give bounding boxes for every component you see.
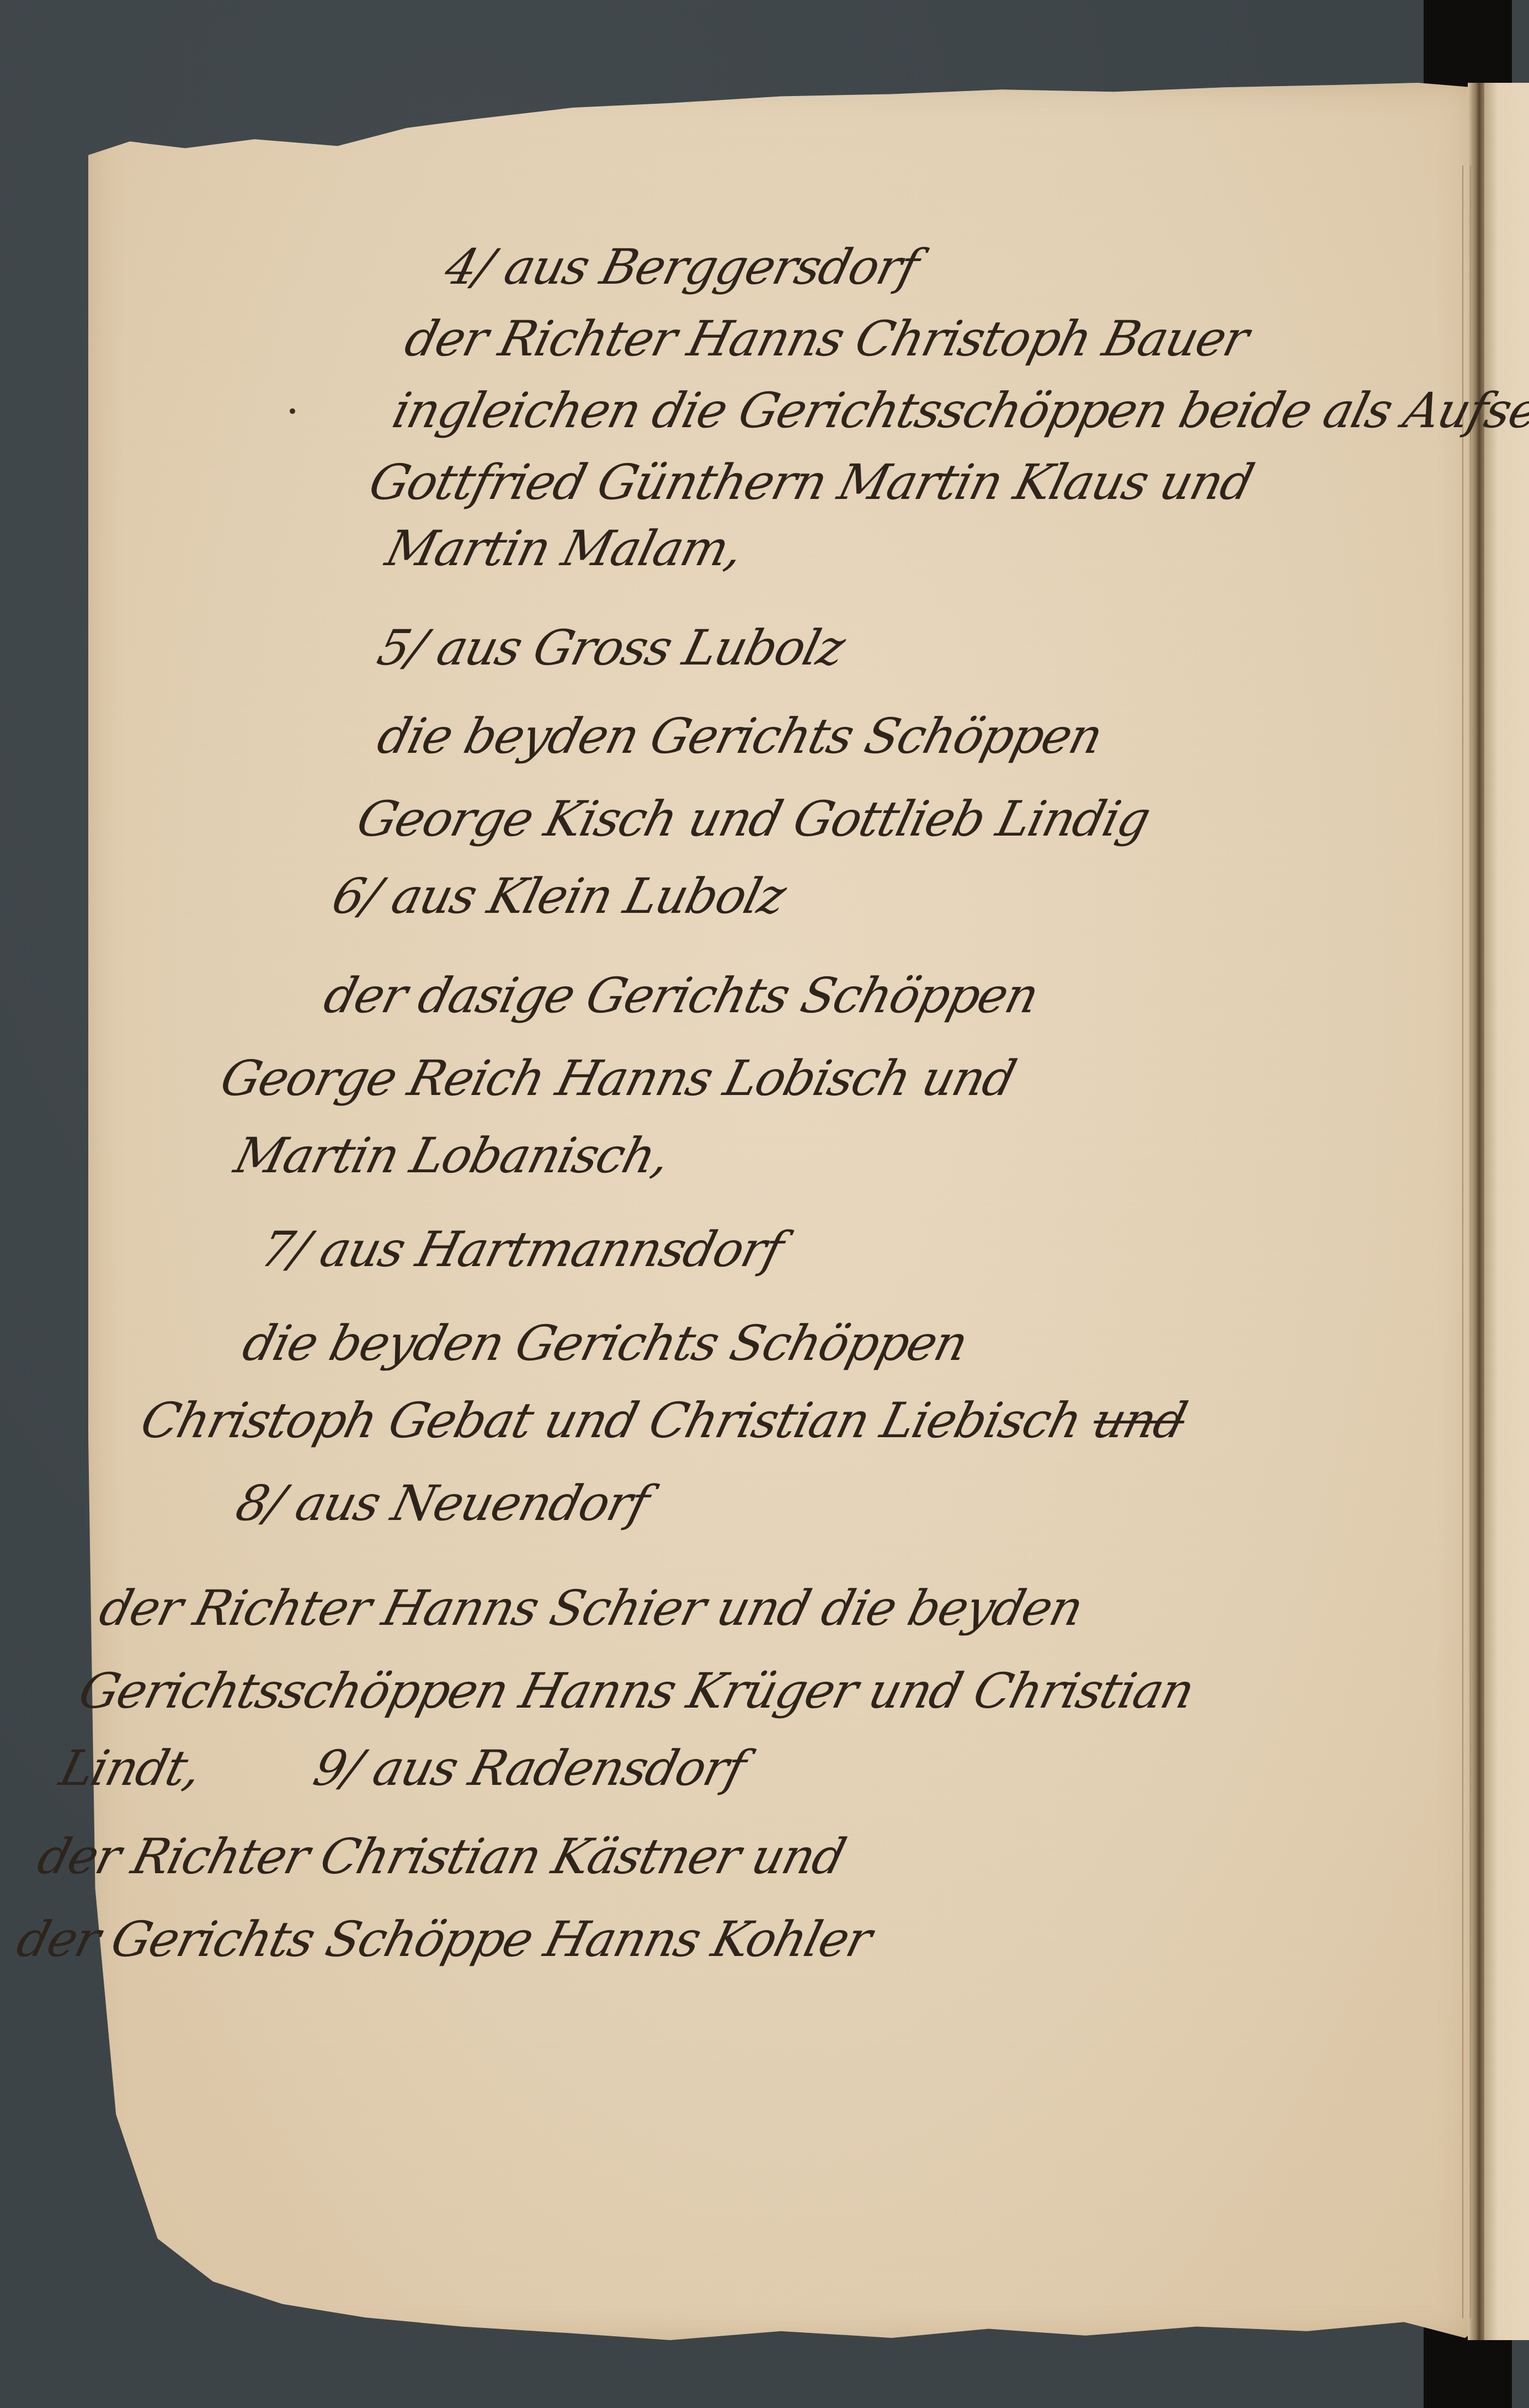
text-line: 9/ aus Radensdorf: [309, 1744, 750, 1793]
text-line-with-strikethrough: Christoph Gebat und Christian Liebisch u…: [136, 1396, 1191, 1445]
text-line: die beyden Gerichts Schöppen: [373, 712, 1106, 761]
line-text: Christoph Gebat und Christian Liebisch: [135, 1392, 1101, 1449]
text-line: 5/ aus Gross Lubolz: [373, 624, 849, 672]
text-line: George Kisch und Gottlieb Lindig: [353, 795, 1154, 843]
text-line: 4/ aus Berggersdorf: [440, 243, 923, 291]
text-line: Gottfried Günthern Martin Klaus und: [365, 458, 1258, 507]
text-line: Lindt,: [55, 1744, 206, 1793]
text-line: Martin Lobanisch,: [230, 1131, 674, 1180]
text-line: Martin Malam,: [381, 524, 747, 573]
text-line: 7/ aus Hartmannsdorf: [256, 1225, 787, 1274]
text-line: der Richter Hanns Schier und die beyden: [95, 1584, 1087, 1633]
text-line: George Reich Hanns Lobisch und: [216, 1054, 1020, 1103]
text-line: der Richter Hanns Christoph Bauer: [401, 315, 1253, 363]
page-stack-edges: [1462, 166, 1471, 2318]
text-line: der Gerichts Schöppe Hanns Kohler: [13, 1915, 876, 1964]
text-line: die beyden Gerichts Schöppen: [238, 1319, 972, 1368]
ink-dot: [290, 408, 295, 414]
text-line: der dasige Gerichts Schöppen: [319, 971, 1043, 1020]
struck-word: und: [1087, 1392, 1191, 1449]
text-line: Gerichtsschöppen Hanns Krüger und Christ…: [74, 1667, 1198, 1715]
text-line: 8/ aus Neuendorf: [232, 1479, 653, 1528]
text-line: 6/ aus Klein Lubolz: [328, 872, 790, 921]
text-line: der Richter Christian Kästner und: [33, 1832, 849, 1881]
text-line: ingleichen die Gerichtsschöppen beide al…: [388, 386, 1529, 435]
